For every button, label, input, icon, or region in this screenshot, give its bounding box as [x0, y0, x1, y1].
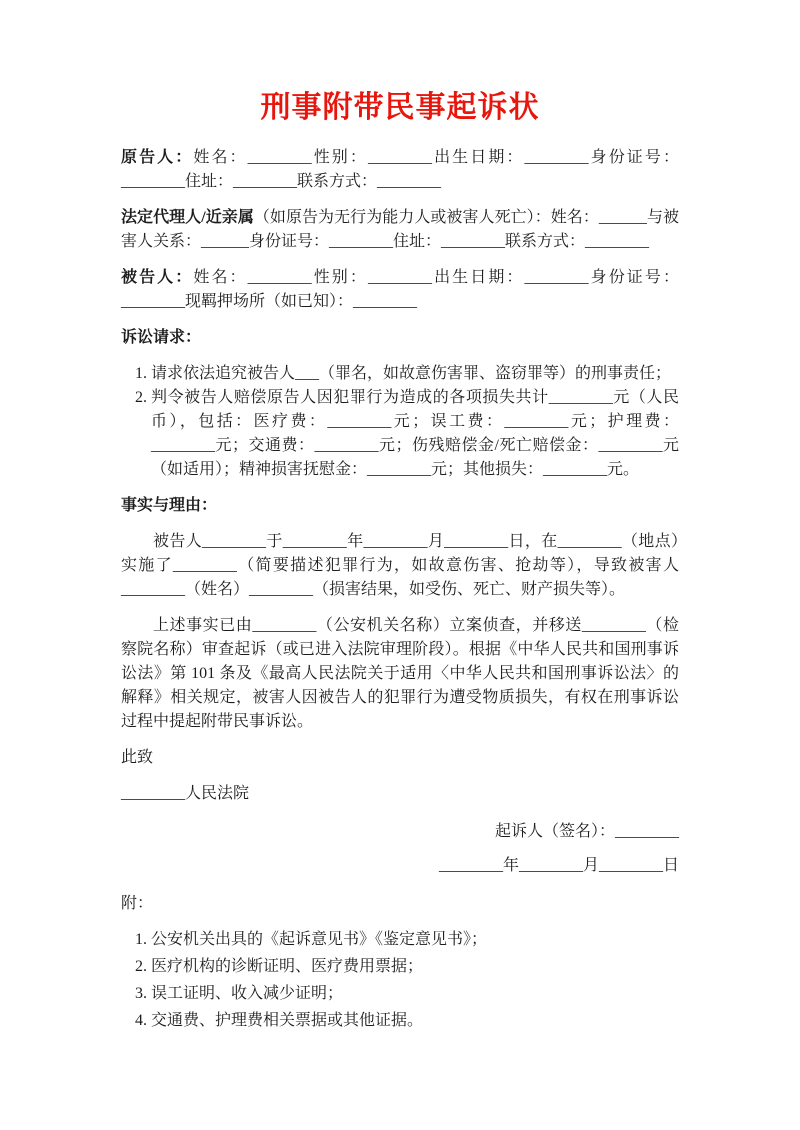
attachments-heading: 附： — [121, 892, 679, 916]
claims-list: 请求依法追究被告人___（罪名，如故意伤害罪、盗窃罪等）的刑事责任； 判令被告人… — [121, 362, 679, 482]
legal-representative-label: 法定代理人/近亲属 — [121, 209, 254, 226]
party-paragraph-plaintiff: 原告人：姓名：________性别：________出生日期：________身… — [121, 146, 679, 194]
defendant-details: 姓名：________性别：________出生日期：________身份证号：… — [121, 269, 679, 310]
claims-heading: 诉讼请求： — [121, 326, 679, 350]
attachment-item: 公安机关出具的《起诉意见书》《鉴定意见书》； — [151, 928, 679, 952]
attachment-item: 误工证明、收入减少证明； — [151, 982, 679, 1006]
plaintiff-details: 姓名：________性别：________出生日期：________身份证号：… — [121, 149, 679, 190]
closing-date-line: ________年________月________日 — [121, 854, 679, 878]
party-paragraph-legal-representative: 法定代理人/近亲属（如原告为无行为能力人或被害人死亡）：姓名：______与被害… — [121, 206, 679, 254]
closing-court-line: ________人民法院 — [121, 782, 679, 806]
attachments-list: 公安机关出具的《起诉意见书》《鉴定意见书》； 医疗机构的诊断证明、医疗费用票据；… — [121, 928, 679, 1033]
closing-salutation: 此致 — [121, 746, 679, 770]
defendant-label: 被告人： — [121, 269, 193, 286]
document-title: 刑事附带民事起诉状 — [121, 90, 679, 126]
facts-paragraph-incident: 被告人________于________年________月________日，… — [121, 530, 679, 602]
party-paragraph-defendant: 被告人：姓名：________性别：________出生日期：________身… — [121, 266, 679, 314]
claim-item: 判令被告人赔偿原告人因犯罪行为造成的各项损失共计________元（人民币），包… — [151, 386, 679, 482]
claim-item: 请求依法追究被告人___（罪名，如故意伤害罪、盗窃罪等）的刑事责任； — [151, 362, 679, 386]
attachment-item: 医疗机构的诊断证明、医疗费用票据； — [151, 955, 679, 979]
plaintiff-label: 原告人： — [121, 149, 193, 166]
facts-heading: 事实与理由： — [121, 494, 679, 518]
closing-signature-line: 起诉人（签名）：________ — [121, 820, 679, 844]
facts-paragraph-legal-basis: 上述事实已由________（公安机关名称）立案侦查，并移送________（检… — [121, 614, 679, 734]
document-page: 刑事附带民事起诉状 原告人：姓名：________性别：________出生日期… — [0, 0, 800, 1130]
attachment-item: 交通费、护理费相关票据或其他证据。 — [151, 1009, 679, 1033]
